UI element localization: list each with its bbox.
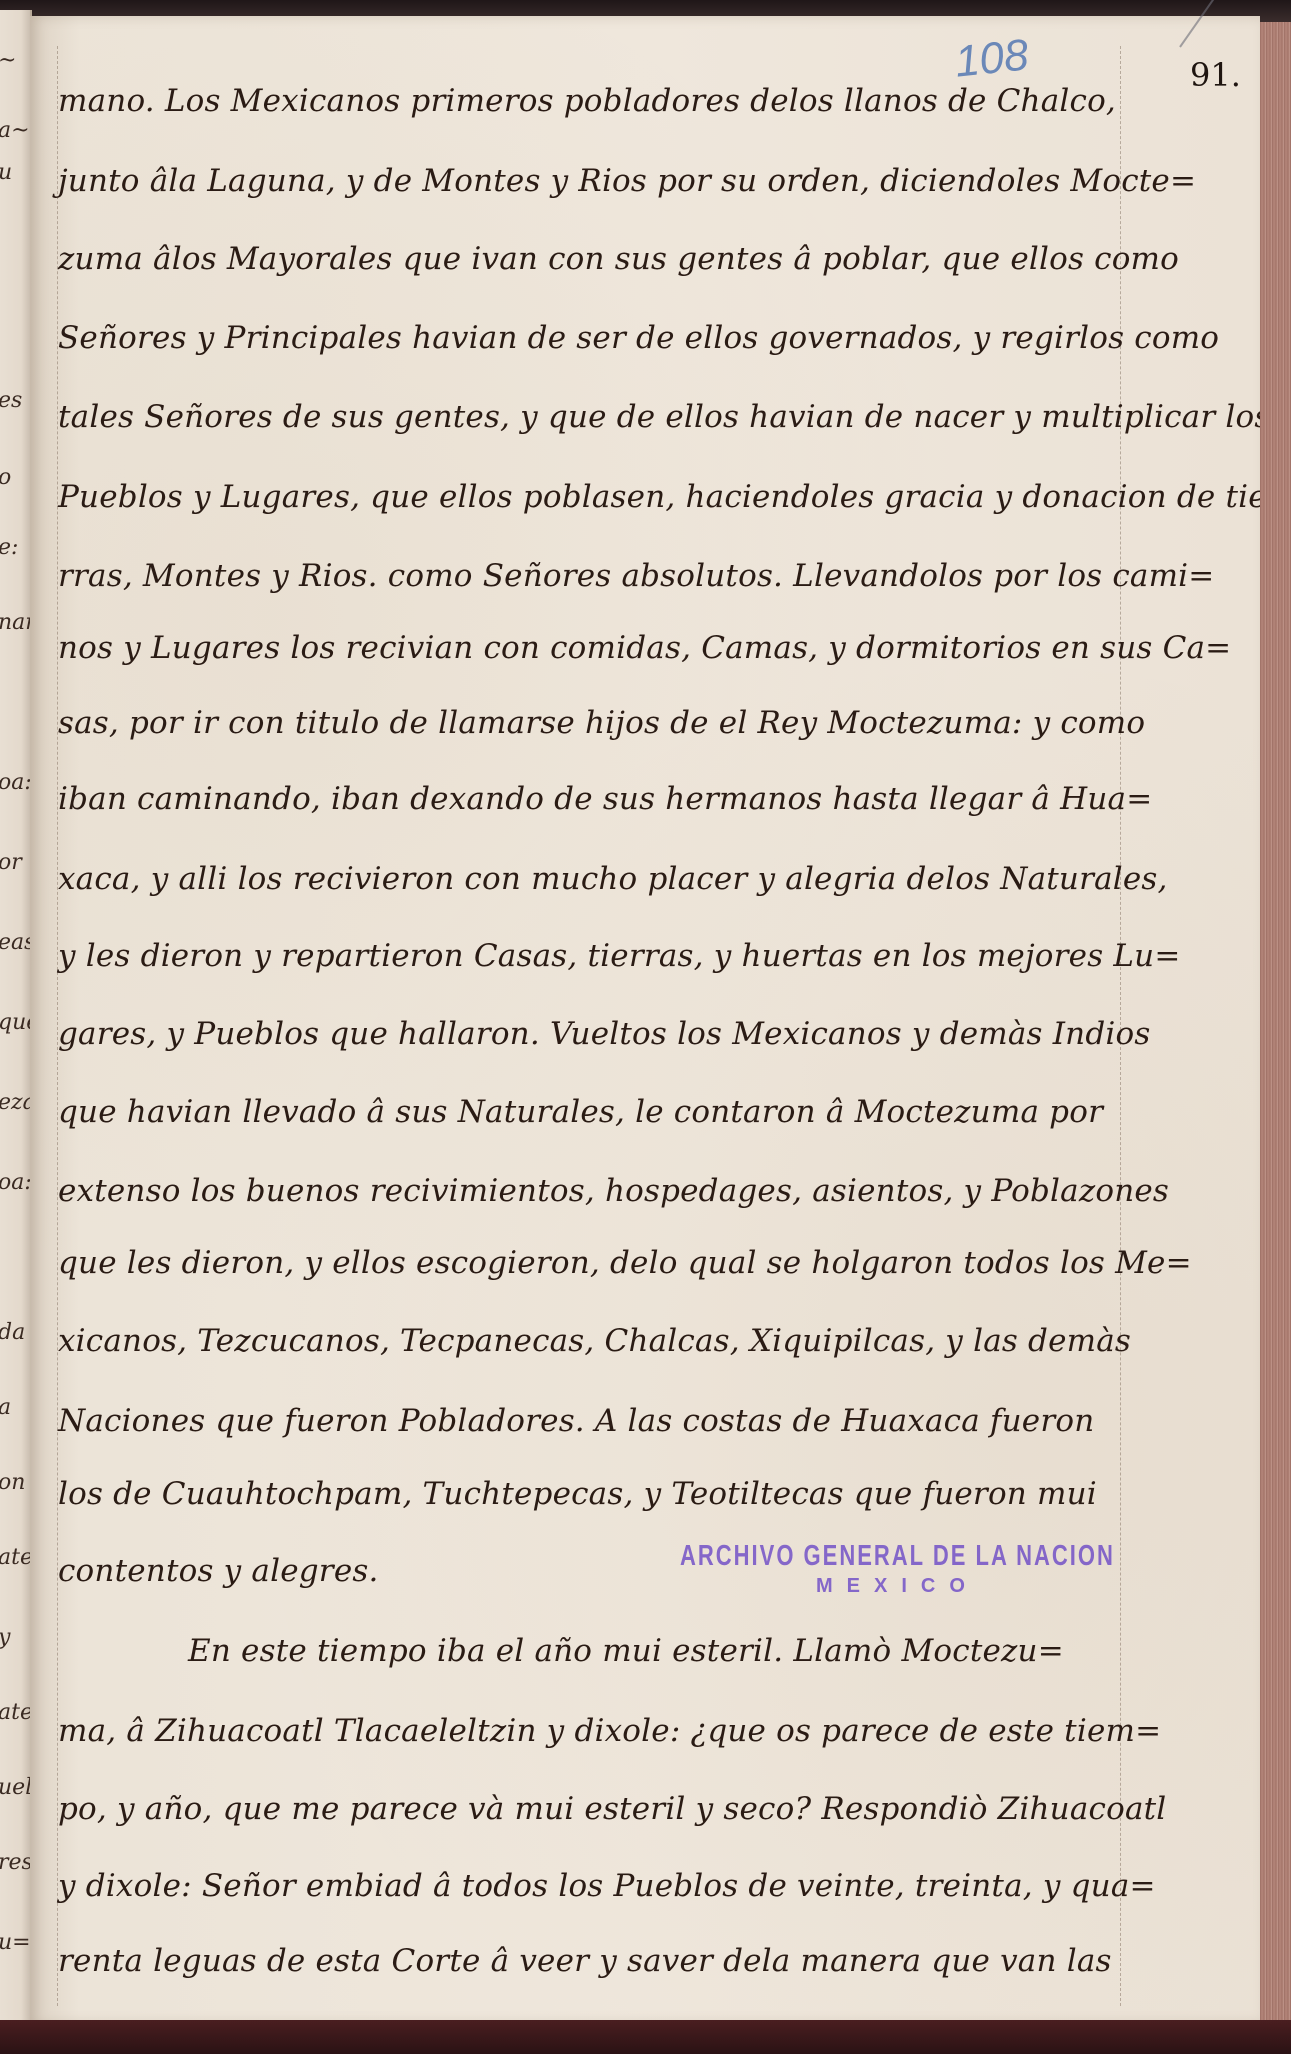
facing-fragment: ates, [0,1545,32,1570]
text-line: extenso los buenos recivimientos, hosped… [58,1176,1169,1207]
text-line: xicanos, Tezcucanos, Tecpanecas, Chalcas… [58,1326,1131,1357]
stamp-country: MEXICO [680,1575,1115,1598]
facing-fragment: da [0,1320,25,1345]
text-line: Pueblos y Lugares, que ellos poblasen, h… [58,482,1291,513]
text-line: renta leguas de esta Corte â veer y save… [58,1946,1112,1977]
text-line: rras, Montes y Rios. como Señores absolu… [58,561,1214,592]
facing-fragment: o [0,465,11,490]
text-line: Naciones que fueron Pobladores. A las co… [58,1406,1094,1437]
text-line: los de Cuauhtochpam, Tuchtepecas, y Teot… [58,1479,1097,1510]
text-line: zuma âlos Mayorales que ivan con sus gen… [58,244,1179,275]
facing-fragment: e: [0,535,18,560]
text-line: y les dieron y repartieron Casas, tierra… [58,941,1181,972]
facing-fragment: a [0,1395,11,1420]
text-line: contentos y alegres. [58,1556,379,1587]
facing-fragment: eas, [0,930,32,955]
stamp-institution: ARCHIVO GENERAL DE LA NACION [680,1539,1115,1573]
text-line: que havian llevado â sus Naturales, le c… [58,1097,1103,1128]
facing-fragment: or [0,850,22,875]
text-line: que les dieron, y ellos escogieron, delo… [58,1248,1192,1279]
binding-bottom [0,2020,1291,2054]
facing-fragment: y [0,1625,10,1650]
text-line: sas, por ir con titulo de llamarse hijos… [58,708,1145,739]
text-line: y dixole: Señor embiad â todos los Puebl… [58,1871,1156,1902]
facing-fragment: nar: [0,610,32,635]
facing-fragment: u= [0,1930,31,1955]
page-edges [1260,22,1291,2027]
text-line: mano. Los Mexicanos primeros pobladores … [58,86,1116,117]
facing-fragment: que [0,1010,32,1035]
text-line: po, y año, que me parece và mui esteril … [58,1794,1166,1825]
facing-fragment: oa: [0,770,32,795]
facing-fragment: ezas [0,1090,32,1115]
text-line: xaca, y alli los recivieron con mucho pl… [58,864,1168,895]
text-line: gares, y Pueblos que hallaron. Vueltos l… [58,1019,1150,1050]
facing-fragment: uel: [0,1775,32,1800]
facing-fragment: a~ [0,118,30,143]
facing-fragment: es [0,388,22,413]
text-line: tales Señores de sus gentes, y que de el… [58,402,1271,433]
text-line: nos y Lugares los recivian con comidas, … [58,633,1231,664]
text-line: ma, â Zihuacoatl Tlacaeleltzin y dixole:… [58,1716,1161,1747]
manuscript-scan: ~ a~ u es o e: nar: oa: or eas, que ezas… [0,0,1291,2054]
facing-fragment: on [0,1470,25,1495]
manuscript-page: 108 91. mano. Los Mexicanos primeros pob… [30,16,1260,2024]
text-line-paragraph-start: En este tiempo iba el año mui esteril. L… [188,1636,1064,1667]
facing-fragment: res [0,1850,32,1875]
facing-fragment: u [0,160,12,185]
facing-fragment: ~ [0,48,16,73]
facing-fragment: oa: [0,1170,32,1195]
text-line: iban caminando, iban dexando de sus herm… [58,784,1152,815]
archive-stamp: ARCHIVO GENERAL DE LA NACION MEXICO [680,1543,1115,1598]
facing-fragment: ates, [0,1700,32,1725]
text-line: junto âla Laguna, y de Montes y Rios por… [58,166,1196,197]
folio-number-pencil: 108 [953,30,1031,87]
facing-page-edge: ~ a~ u es o e: nar: oa: or eas, que ezas… [0,10,32,2020]
text-line: Señores y Principales havian de ser de e… [58,323,1219,354]
folio-number-ink: 91. [1190,56,1241,94]
